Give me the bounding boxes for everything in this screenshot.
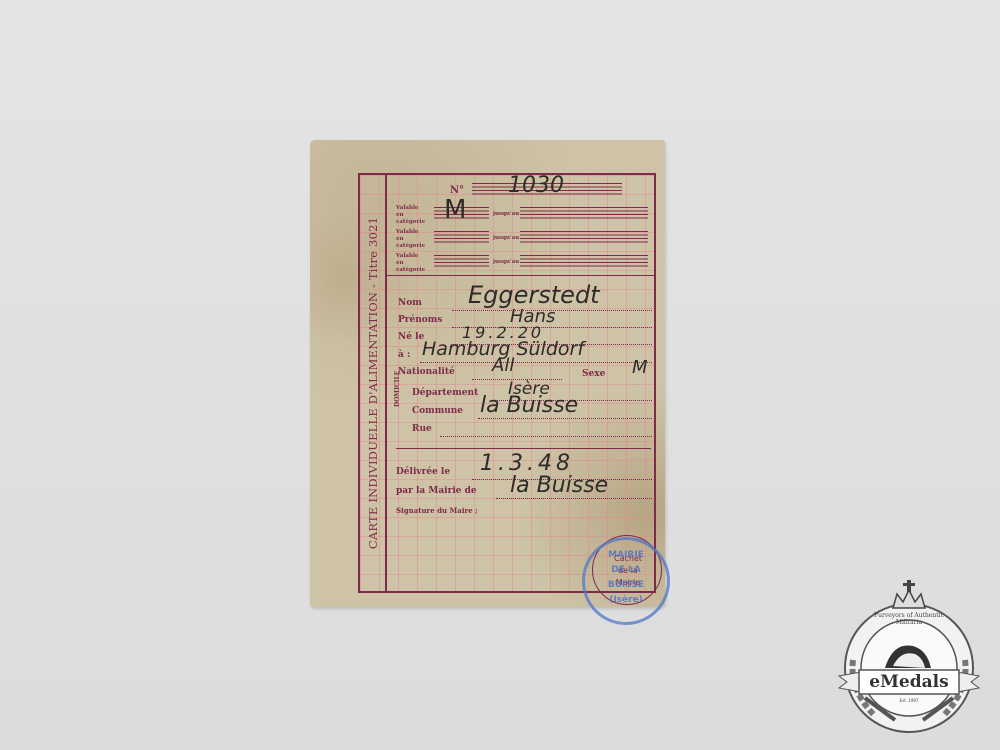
stamp-blue-line-2: DE LA (582, 565, 670, 575)
until-label-2: jusqu'au (493, 235, 519, 242)
commune-label: Commune (412, 406, 463, 416)
signature-label: Signature du Maire ; (396, 506, 478, 515)
stamp-blue-line-1: MAIRIE (582, 550, 670, 560)
card-sidebar: CARTE INDIVIDUELLE D'ALIMENTATION - Titr… (360, 175, 387, 591)
emedals-crest-icon (835, 580, 983, 740)
validity-lines-2 (434, 231, 489, 245)
ne-le-label: Né le (398, 332, 424, 342)
nationalite-value: All (492, 355, 514, 376)
mairie-value: la Buisse (510, 473, 608, 498)
divider (387, 275, 656, 276)
validity-label-1: Valable en catégorie (396, 205, 426, 226)
until-lines-1 (520, 207, 648, 221)
nom-label: Nom (398, 298, 422, 308)
logo-motto: Purveyors of Authentic Militaria (865, 612, 953, 626)
nom-value: Eggerstedt (468, 281, 600, 309)
commune-value: la Buisse (480, 393, 578, 418)
validity-label-2: Valable en catégorie (396, 229, 426, 250)
rue-label: Rue (412, 424, 432, 434)
domicile-label: DOMICILE (394, 371, 401, 407)
a-line (420, 361, 652, 363)
sexe-value: M (632, 357, 648, 378)
validity-value-1: M (444, 195, 466, 225)
validity-label-3: Valable en catégorie (396, 253, 426, 274)
emedals-logo: eMedals Est. 1997 Purveyors of Authentic… (835, 580, 983, 740)
until-lines-2 (520, 231, 648, 245)
until-lines-3 (520, 255, 648, 269)
departement-label: Département (412, 388, 478, 398)
card-frame: CARTE INDIVIDUELLE D'ALIMENTATION - Titr… (358, 173, 656, 593)
card-title-vertical: CARTE INDIVIDUELLE D'ALIMENTATION - Titr… (366, 217, 380, 549)
logo-brand: eMedals (863, 672, 955, 692)
validity-lines-3 (434, 255, 489, 269)
until-label-1: jusqu'au (493, 211, 519, 218)
nationalite-label: Nationalité (398, 367, 455, 377)
a-label: à : (398, 350, 410, 360)
stamp-blue-line-4: (Isère) (582, 595, 670, 605)
rue-line (440, 435, 652, 437)
sexe-label: Sexe (582, 369, 605, 379)
ration-card: CARTE INDIVIDUELLE D'ALIMENTATION - Titr… (310, 140, 665, 607)
mairie-label: par la Mairie de (396, 486, 477, 496)
prenoms-label: Prénoms (398, 315, 442, 325)
logo-est: Est. 1997 (889, 698, 929, 703)
stamp-blue-line-3: BUISSE (582, 580, 670, 590)
divider-2 (396, 448, 651, 449)
delivree-label: Délivrée le (396, 467, 450, 477)
until-label-3: jusqu'au (493, 259, 519, 266)
number-value: 1030 (508, 173, 564, 198)
mairie-stamp: MAIRIE DE LA BUISSE (Isère) (582, 537, 670, 625)
